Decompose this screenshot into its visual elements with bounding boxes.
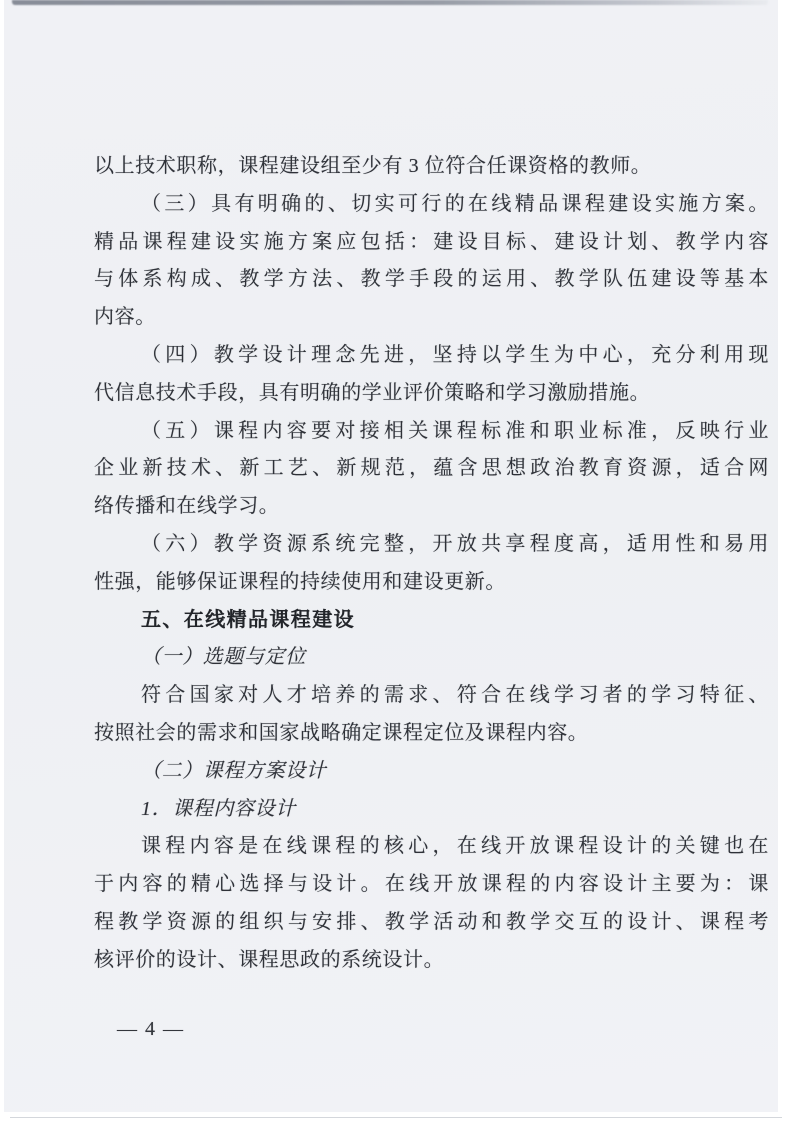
subsection-heading: （二）课程方案设计: [94, 753, 769, 791]
text-line: 符合国家对人才培养的需求、符合在线学习者的学习特征、: [94, 677, 769, 715]
text-line: 于内容的精心选择与设计。在线开放课程的内容设计主要为：课: [94, 866, 769, 904]
text-line: 精品课程建设实施方案应包括：建设目标、建设计划、教学内容: [94, 224, 769, 262]
text-line: 性强，能够保证课程的持续使用和建设更新。: [94, 564, 769, 602]
scan-top-edge-artifact: [12, 0, 768, 5]
text-line: 核评价的设计、课程思政的系统设计。: [94, 942, 769, 980]
numbered-heading: 1．课程内容设计: [94, 791, 769, 829]
text-line: 内容。: [94, 299, 769, 337]
section-heading: 五、在线精品课程建设: [94, 602, 769, 640]
text-line: （五）课程内容要对接相关课程标准和职业标准，反映行业: [94, 413, 769, 451]
text-line: 按照社会的需求和国家战略确定课程定位及课程内容。: [94, 715, 769, 753]
text-line: 代信息技术手段，具有明确的学业评价策略和学习激励措施。: [94, 375, 769, 413]
text-line: （四）教学设计理念先进，坚持以学生为中心，充分利用现: [94, 337, 769, 375]
text-line: 程教学资源的组织与安排、教学活动和教学交互的设计、课程考: [94, 904, 769, 942]
text-line: 企业新技术、新工艺、新规范，蕴含思想政治教育资源，适合网: [94, 450, 769, 488]
text-line: 课程内容是在线课程的核心，在线开放课程设计的关键也在: [94, 828, 769, 866]
text-line: （三）具有明确的、切实可行的在线精品课程建设实施方案。: [94, 186, 769, 224]
page-number: — 4 —: [117, 1014, 769, 1044]
scanned-page: 以上技术职称，课程建设组至少有 3 位符合任课资格的教师。 （三）具有明确的、切…: [4, 0, 778, 1112]
scan-bottom-edge-artifact: [10, 1117, 782, 1118]
subsection-heading: （一）选题与定位: [94, 639, 769, 677]
text-line: （六）教学资源系统完整，开放共享程度高，适用性和易用: [94, 526, 769, 564]
text-line: 络传播和在线学习。: [94, 488, 769, 526]
text-line: 以上技术职称，课程建设组至少有 3 位符合任课资格的教师。: [94, 148, 769, 186]
text-line: 与体系构成、教学方法、教学手段的运用、教学队伍建设等基本: [94, 261, 769, 299]
document-text: 以上技术职称，课程建设组至少有 3 位符合任课资格的教师。 （三）具有明确的、切…: [94, 148, 769, 1044]
